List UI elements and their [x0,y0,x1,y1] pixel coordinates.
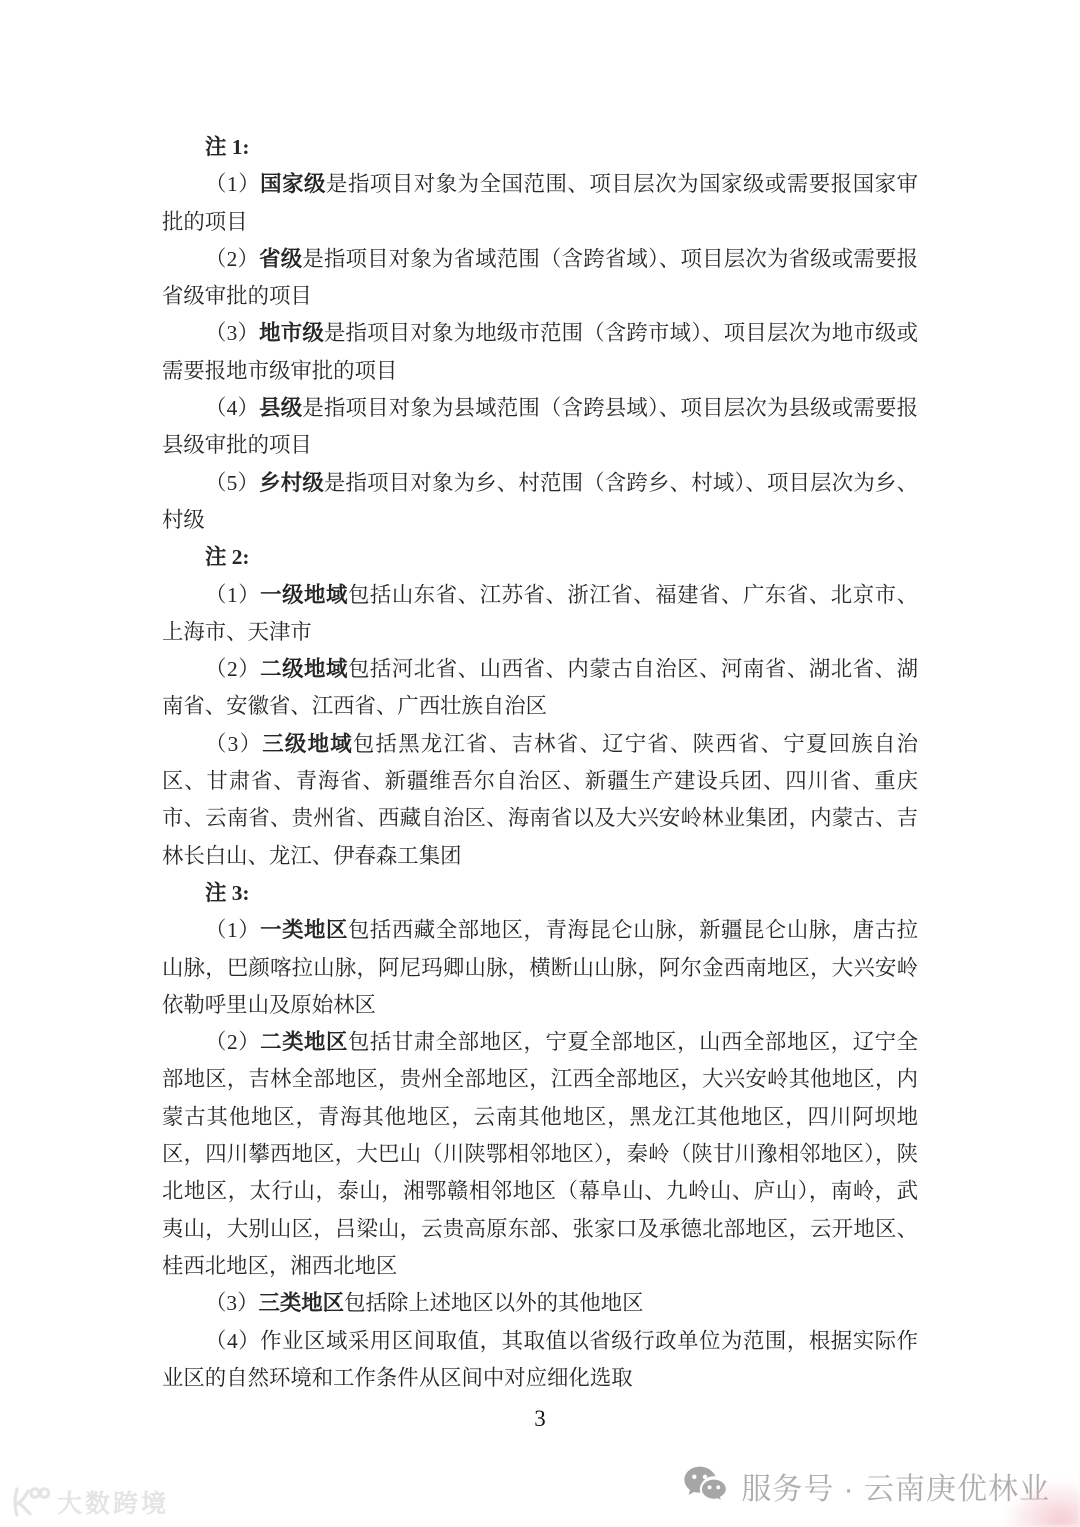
item-term: 县级 [259,396,302,420]
note3-item-3: （3）三类地区包括除上述地区以外的其他地区 [162,1285,918,1322]
dashu-watermark: 大数跨境 [8,1484,169,1520]
watermark-label: 大数跨境 [57,1484,169,1520]
note1-item-1: （1）国家级是指项目对象为全国范围、项目层次为国家级或需要报国家审批的项目 [162,166,918,241]
note3-item-2: （2）二类地区包括甘肃全部地区，宁夏全部地区，山西全部地区，辽宁全部地区，吉林全… [162,1024,918,1285]
note1-item-4: （4）县级是指项目对象为县域范围（含跨县域）、项目层次为县级或需要报县级审批的项… [162,390,918,465]
note2-heading: 注 2: [162,539,918,576]
document-body: 注 1: （1）国家级是指项目对象为全国范围、项目层次为国家级或需要报国家审批的… [162,129,918,1397]
item-number: （1） [205,583,260,607]
note1-item-2: （2）省级是指项目对象为省域范围（含跨省域）、项目层次为省级或需要报省级审批的项… [162,241,918,316]
item-text: 作业区域采用区间取值，其取值以省级行政单位为范围，根据实际作业区的自然环境和工作… [162,1329,918,1390]
item-number: （3） [205,1291,258,1315]
item-term: 国家级 [260,172,326,196]
item-number: （2） [205,657,260,681]
item-number: （2） [205,247,259,271]
dashu-logo-icon [8,1484,50,1520]
note1-item-5: （5）乡村级是指项目对象为乡、村范围（含跨乡、村域）、项目层次为乡、村级 [162,465,918,540]
note1-heading: 注 1: [162,129,918,166]
item-number: （2） [205,1030,260,1054]
item-number: （1） [205,918,260,942]
item-term: 一级地域 [260,583,348,607]
item-term: 一类地区 [260,918,348,942]
wechat-icon [682,1462,729,1509]
item-number: （1） [205,172,260,196]
item-term: 三级地域 [262,732,353,756]
item-number: （3） [205,321,259,345]
note3-item-4: （4）作业区域采用区间取值，其取值以省级行政单位为范围，根据实际作业区的自然环境… [162,1323,918,1398]
note1-item-3: （3）地市级是指项目对象为地级市范围（含跨市域）、项目层次为地市级或需要报地市级… [162,315,918,390]
item-number: （3） [205,732,262,756]
item-term: 地市级 [259,321,324,345]
item-number: （4） [205,1329,260,1353]
item-term: 乡村级 [259,471,324,495]
item-text: 包括除上述地区以外的其他地区 [344,1291,643,1315]
wechat-account-badge: 服务号 · 云南庚优林业 [682,1462,1050,1509]
corner-artifact [1002,1479,1080,1527]
item-number: （4） [205,396,259,420]
note2-item-1: （1）一级地域包括山东省、江苏省、浙江省、福建省、广东省、北京市、上海市、天津市 [162,577,918,652]
item-term: 省级 [259,247,302,271]
item-term: 三类地区 [258,1291,344,1315]
item-number: （5） [205,471,259,495]
page-number: 3 [0,1406,1080,1432]
note2-item-2: （2）二级地域包括河北省、山西省、内蒙古自治区、河南省、湖北省、湖南省、安徽省、… [162,651,918,726]
item-term: 二类地区 [260,1030,348,1054]
item-text: 包括甘肃全部地区，宁夏全部地区，山西全部地区，辽宁全部地区，吉林全部地区，贵州全… [162,1030,918,1278]
note2-item-3: （3）三级地域包括黑龙江省、吉林省、辽宁省、陕西省、宁夏回族自治区、甘肃省、青海… [162,726,918,875]
note3-heading: 注 3: [162,875,918,912]
note3-item-1: （1）一类地区包括西藏全部地区，青海昆仑山脉，新疆昆仑山脉，唐古拉山脉，巴颜喀拉… [162,912,918,1024]
item-term: 二级地域 [260,657,348,681]
